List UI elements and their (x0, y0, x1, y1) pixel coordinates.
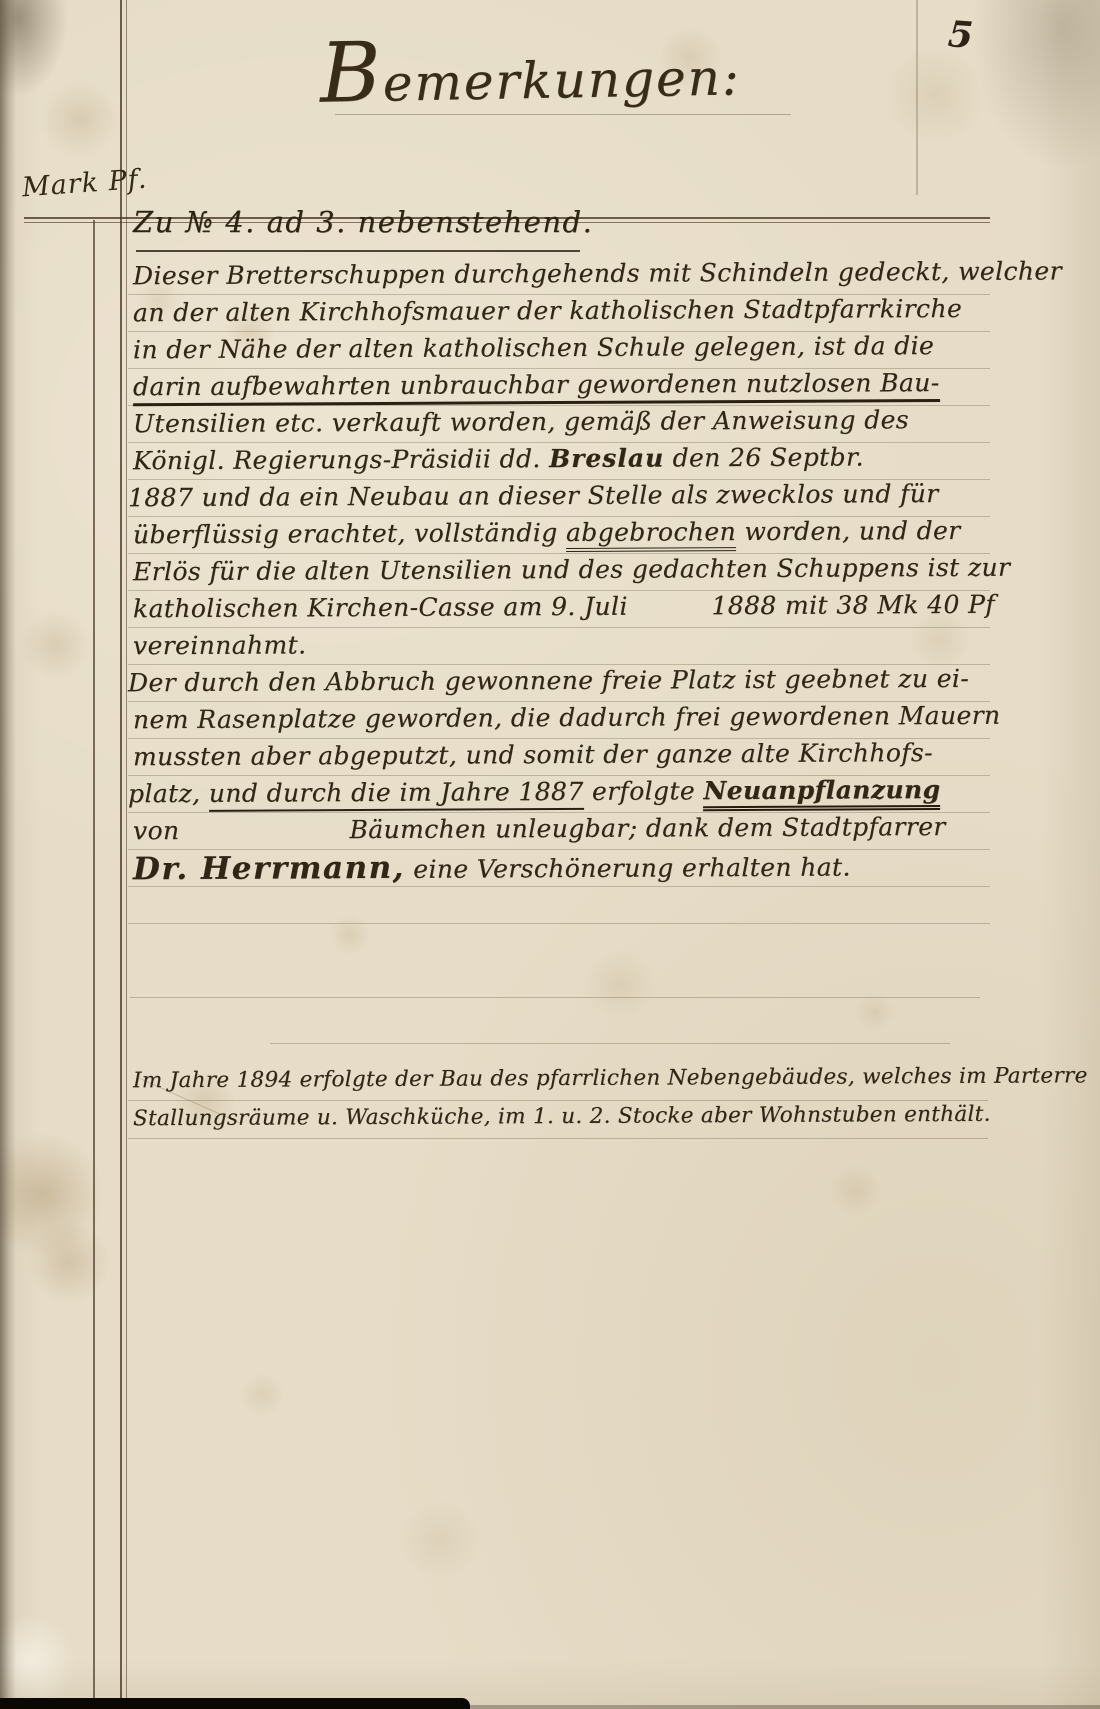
manuscript-line: Erlös für die alten Utensilien und des g… (133, 553, 995, 587)
line-segment: überflüssig erachtet, vollständig (133, 518, 566, 549)
binding-edge (0, 0, 16, 1709)
margin-rule-main (120, 0, 122, 1709)
margin-rule-inner (93, 220, 95, 1709)
manuscript-line: an der alten Kirchhofsmauer der katholis… (133, 294, 995, 328)
manuscript-line: Königl. Regierungs-Präsidii dd. Breslau … (133, 442, 995, 476)
manuscript-line: vonBäumchen unleugbar; dank dem Stadtpfa… (133, 812, 995, 846)
underlined-passage: und durch die im Jahre 1887 (209, 777, 584, 812)
line-segment: den 26 Septbr. (664, 442, 864, 472)
manuscript-line: platz, und durch die im Jahre 1887 erfol… (128, 775, 990, 809)
line-segment: katholischen Kirchen-Casse am 9. Juli (133, 592, 628, 624)
ruled-line-extra (130, 997, 980, 998)
line-segment: erfolgte (584, 776, 704, 806)
manuscript-line: mussten aber abgeputzt, und somit der ga… (133, 738, 995, 772)
manuscript-line: 1887 und da ein Neubau an dieser Stelle … (128, 479, 990, 513)
manuscript-line: darin aufbewahrten unbrauchbar gewordene… (133, 368, 995, 407)
line-segment: Königl. Regierungs-Präsidii dd. (133, 444, 549, 475)
ruled-line-extra (128, 1100, 988, 1101)
entry-heading-underline (136, 250, 580, 252)
manuscript-page: Bemerkungen: 5 Mark Pf. Zu № 4. ad 3. ne… (0, 0, 1100, 1709)
margin-column-label: Mark Pf. (21, 164, 148, 204)
person-name: Dr. Herrmann, (133, 850, 405, 887)
manuscript-line: in der Nähe der alten katholischen Schul… (133, 331, 995, 365)
entry-heading: Zu № 4. ad 3. nebenstehend. (133, 205, 593, 239)
manuscript-line: Der durch den Abbruch gewonnene freie Pl… (128, 664, 990, 698)
amount-entry: 1888 mit 38 Mk 40 Pf (711, 590, 995, 620)
page-bottom-edge (0, 1698, 470, 1709)
underlined-word: Neuanpflanzung (703, 775, 940, 811)
manuscript-line: Dieser Bretterschuppen durchgehends mit … (133, 257, 995, 291)
page-title: Bemerkungen: (319, 18, 741, 121)
margin-rule-main-double (126, 0, 127, 1709)
place-name: Breslau (549, 443, 664, 473)
manuscript-line: nem Rasenplatze geworden, die dadurch fr… (133, 701, 995, 735)
manuscript-line: Utensilien etc. verkauft worden, gemäß d… (133, 405, 995, 439)
manuscript-line: Dr. Herrmann, eine Verschönerung erhalte… (133, 847, 995, 888)
underlined-passage: darin aufbewahrten unbrauchbar gewordene… (133, 368, 940, 406)
manuscript-line: überflüssig erachtet, vollständig abgebr… (133, 516, 995, 550)
line-segment: Bäumchen unleugbar; dank dem Stadtpfarre… (349, 812, 945, 844)
paper-crease-vertical (916, 0, 918, 195)
manuscript-line: katholischen Kirchen-Casse am 9. Juli 18… (133, 590, 995, 624)
manuscript-line: vereinnahmt. (133, 627, 995, 661)
line-segment: von (133, 816, 180, 845)
page-number: 5 (947, 13, 975, 57)
ruled-line-extra (128, 1138, 988, 1139)
ruled-line-extra (270, 1043, 950, 1044)
manuscript-line: Stallungsräume u. Waschküche, im 1. u. 2… (133, 1102, 995, 1132)
line-segment: worden, und der (736, 516, 961, 546)
line-segment: platz, (128, 779, 209, 808)
manuscript-line: Im Jahre 1894 erfolgte der Bau des pfarr… (133, 1064, 995, 1094)
line-segment: eine Verschönerung erhalten hat. (413, 852, 851, 883)
line-gap (180, 838, 350, 839)
underlined-word: abgebrochen (566, 517, 736, 552)
